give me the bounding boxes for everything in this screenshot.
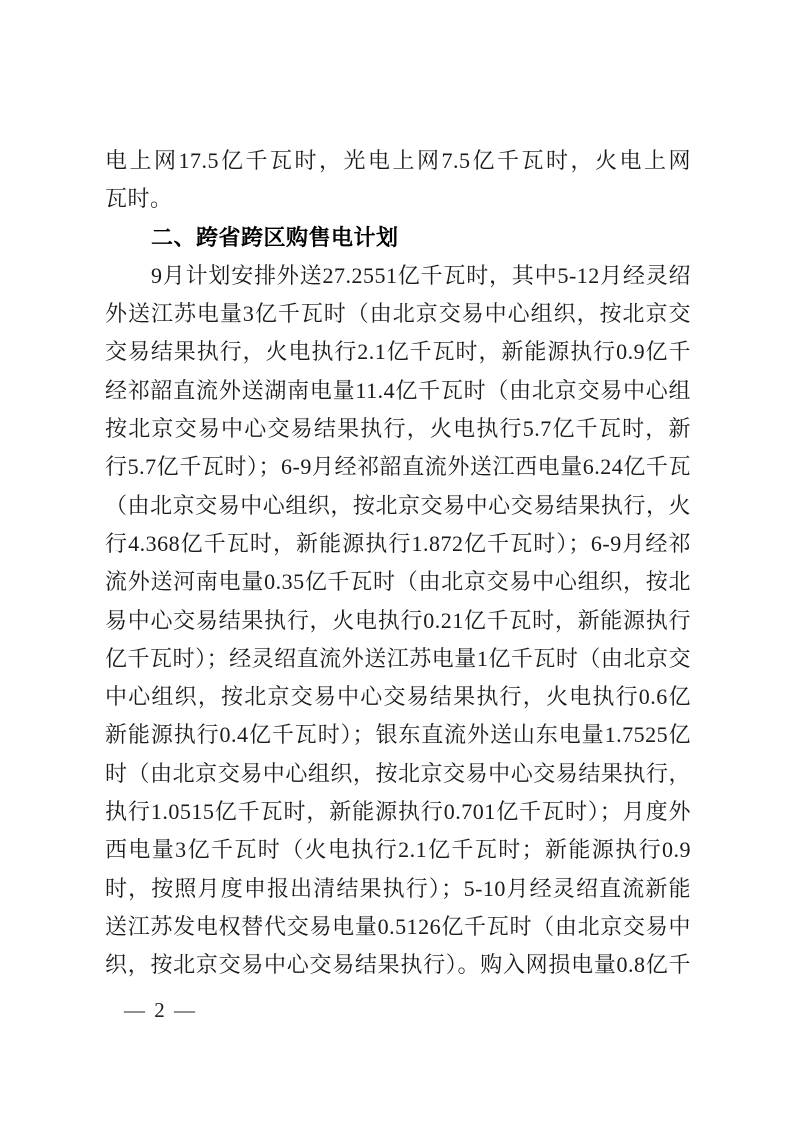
document-line: 时（由北京交易中心组织，按北京交易中心交易结果执行，火电 bbox=[105, 755, 691, 793]
document-line: 9月计划安排外送27.2551亿千瓦时，其中5-12月经灵绍直流 bbox=[105, 257, 691, 295]
document-line: 中心组织，按北京交易中心交易结果执行，火电执行0.6亿千瓦时， bbox=[105, 678, 691, 716]
document-line: 流外送河南电量0.35亿千瓦时（由北京交易中心组织，按北京交 bbox=[105, 563, 691, 601]
document-page: 电上网17.5亿千瓦时，光电上网7.5亿千瓦时，火电上网27.07亿千瓦时。二、… bbox=[0, 0, 793, 1122]
document-line: 电上网17.5亿千瓦时，光电上网7.5亿千瓦时，火电上网27.07亿千 bbox=[105, 142, 691, 180]
document-line: （由北京交易中心组织，按北京交易中心交易结果执行，火电执 bbox=[105, 487, 691, 525]
document-body: 电上网17.5亿千瓦时，光电上网7.5亿千瓦时，火电上网27.07亿千瓦时。二、… bbox=[105, 142, 691, 985]
document-line: 亿千瓦时）；经灵绍直流外送江苏电量1亿千瓦时（由北京交易 bbox=[105, 640, 691, 678]
page-number: — 2 — bbox=[124, 998, 197, 1023]
document-line: 按北京交易中心交易结果执行，火电执行5.7亿千瓦时，新能源执 bbox=[105, 410, 691, 448]
document-line: 易中心交易结果执行，火电执行0.21亿千瓦时，新能源执行0.14 bbox=[105, 602, 691, 640]
document-line: 交易结果执行，火电执行2.1亿千瓦时，新能源执行0.9亿千瓦时）； bbox=[105, 333, 691, 371]
section-heading: 二、跨省跨区购售电计划 bbox=[105, 219, 691, 257]
document-line: 送江苏发电权替代交易电量0.5126亿千瓦时（由北京交易中心组 bbox=[105, 908, 691, 946]
document-line: 执行1.0515亿千瓦时，新能源执行0.701亿千瓦时）；月度外送陕 bbox=[105, 793, 691, 831]
document-line: 行5.7亿千瓦时）；6-9月经祁韶直流外送江西电量6.24亿千瓦时 bbox=[105, 448, 691, 486]
document-line: 新能源执行0.4亿千瓦时）；银东直流外送山东电量1.7525亿千瓦 bbox=[105, 716, 691, 754]
document-line: 织，按北京交易中心交易结果执行）。购入网损电量0.8亿千瓦时； bbox=[105, 946, 691, 984]
document-line: 经祁韶直流外送湖南电量11.4亿千瓦时（由北京交易中心组织， bbox=[105, 372, 691, 410]
document-line: 行4.368亿千瓦时，新能源执行1.872亿千瓦时）；6-9月经祁韶直 bbox=[105, 525, 691, 563]
document-line: 时，按照月度申报出清结果执行）；5-10月经灵绍直流新能源外 bbox=[105, 870, 691, 908]
document-line: 西电量3亿千瓦时（火电执行2.1亿千瓦时；新能源执行0.9亿千瓦 bbox=[105, 831, 691, 869]
document-line: 外送江苏电量3亿千瓦时（由北京交易中心组织，按北京交易中心 bbox=[105, 295, 691, 333]
document-line: 瓦时。 bbox=[105, 180, 691, 218]
